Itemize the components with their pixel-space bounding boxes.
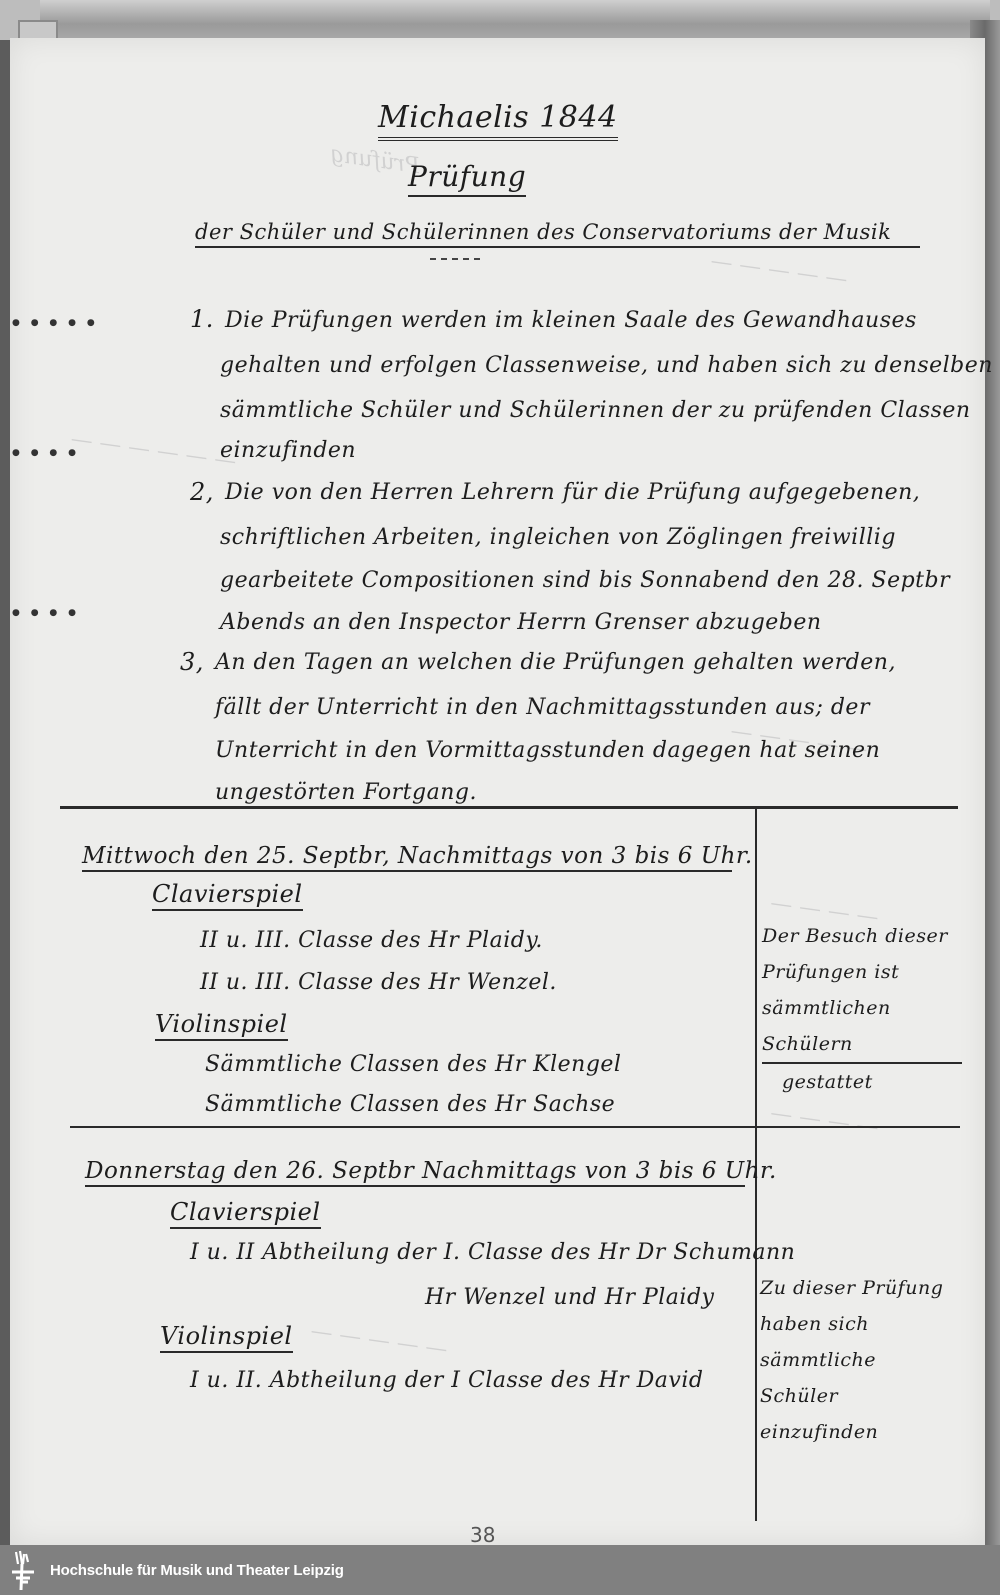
schedule-entry: II u. III. Classe des Hr Plaidy.: [200, 928, 543, 953]
paragraph-line: Abends an den Inspector Herrn Grenser ab…: [220, 600, 822, 645]
schedule-entry: Sämmtliche Classen des Hr Sachse: [205, 1092, 615, 1117]
note-line: haben sich sämmtliche: [760, 1306, 960, 1378]
manuscript-scan: Prüfung — — — — — — — — — — — — — — — — …: [0, 0, 1000, 1545]
paragraph-number: 3,: [180, 648, 204, 676]
note-line: Der Besuch dieser: [762, 918, 962, 954]
paragraph-line: einzufinden: [220, 428, 356, 473]
schedule-entry: Sämmtliche Classen des Hr Klengel: [205, 1052, 621, 1077]
schedule-note: Der Besuch dieser Prüfungen ist sämmtlic…: [762, 918, 962, 1100]
schedule-entry: II u. III. Classe des Hr Wenzel.: [200, 970, 557, 995]
schedule-entry: I u. II Abtheilung der I. Classe des Hr …: [190, 1240, 795, 1265]
schedule-category: Clavierspiel: [152, 880, 303, 911]
margin-marks: ● ● ● ●: [12, 608, 80, 618]
note-line: gestattet: [762, 1064, 962, 1100]
schedule-note: Zu dieser Prüfung haben sich sämmtliche …: [760, 1270, 960, 1450]
bleed-through-text: — — — — —: [309, 1319, 449, 1363]
paragraph-line: fällt der Unterricht in den Nachmittagss…: [215, 685, 870, 730]
schedule-category: Clavierspiel: [170, 1198, 321, 1229]
paragraph-line: Die von den Herren Lehrern für die Prüfu…: [225, 470, 920, 515]
schedule-category: Violinspiel: [155, 1010, 288, 1041]
schedule-day-heading: Mittwoch den 25. Septbr, Nachmittags von…: [82, 843, 732, 872]
table-top-rule: [60, 806, 958, 809]
margin-marks: ● ● ● ● ●: [12, 318, 99, 328]
book-binding-top: [40, 0, 990, 40]
paragraph-line: Die Prüfungen werden im kleinen Saale de…: [225, 298, 917, 343]
paragraph-line: sämmtliche Schüler und Schülerinnen der …: [220, 388, 971, 433]
page-number: 38: [470, 1523, 495, 1545]
paragraph-line: gehalten und erfolgen Classenweise, und …: [220, 343, 993, 388]
document-title: Michaelis 1844: [378, 100, 618, 141]
document-subtitle: Prüfung: [408, 160, 526, 197]
margin-marks: ● ● ● ●: [12, 448, 80, 458]
paragraph-line: Unterricht in den Vormittagsstunden dage…: [215, 728, 880, 773]
paragraph-number: 1.: [190, 305, 214, 333]
note-line: sämmtlichen Schülern: [762, 990, 962, 1064]
decorative-flourish: [430, 258, 480, 260]
document-subheading: der Schüler und Schülerinnen des Conserv…: [195, 220, 920, 248]
paragraph-line: gearbeitete Compositionen sind bis Sonna…: [220, 558, 950, 603]
institution-name: Hochschule für Musik und Theater Leipzig: [50, 1562, 344, 1579]
schedule-category: Violinspiel: [160, 1322, 293, 1353]
paragraph-number: 2,: [190, 478, 214, 506]
schedule-entry: I u. II. Abtheilung der I Classe des Hr …: [190, 1368, 703, 1393]
note-line: Zu dieser Prüfung: [760, 1270, 960, 1306]
schedule-entry: Hr Wenzel und Hr Plaidy: [425, 1285, 714, 1310]
bleed-through-text: — — — —: [769, 1101, 880, 1141]
note-line: Prüfungen ist: [762, 954, 962, 990]
paragraph-line: schriftlichen Arbeiten, ingleichen von Z…: [220, 515, 896, 560]
table-row-divider: [70, 1126, 960, 1128]
bleed-through-text: — — — — —: [709, 249, 849, 293]
hmt-leipzig-logo-icon: [8, 1548, 38, 1592]
note-line: Schüler einzufinden: [760, 1378, 960, 1450]
institution-footer: Hochschule für Musik und Theater Leipzig: [0, 1545, 1000, 1595]
bleed-through-text: — — — — — —: [69, 427, 238, 475]
page-left-edge: [0, 40, 10, 1545]
paragraph-line: An den Tagen an welchen die Prüfungen ge…: [215, 640, 896, 685]
schedule-day-heading: Donnerstag den 26. Septbr Nachmittags vo…: [85, 1158, 745, 1187]
